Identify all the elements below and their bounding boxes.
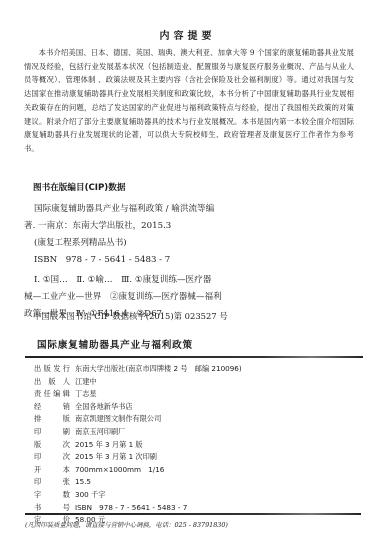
imprint-label-char: 印 [34,476,41,489]
cip-line: ISBN 978 - 7 - 5641 - 5483 - 7 [24,252,259,269]
imprint-table: 出版发行东南大学出版社(南京市四牌楼 2 号 邮编 210096)出版人江建中责… [34,363,242,527]
imprint-label-char: 编 [53,388,60,401]
imprint-label: 出版发行 [34,363,75,376]
imprint-value: 300 千字 [75,489,105,502]
imprint-value: 丁志星 [75,388,97,401]
imprint-label: 经销 [34,401,75,414]
imprint-label-char: 字 [34,489,41,502]
imprint-label-char: 本 [63,464,70,477]
divider-rule [25,356,363,358]
imprint-row: 排版南京凯建图文制作有限公司 [34,413,242,426]
imprint-value: 2015 年 3 月第 1 次印刷 [75,451,157,464]
imprint-label-char: 印 [34,426,41,439]
imprint-row: 版次2015 年 3 月第 1 版 [34,439,242,452]
imprint-label-char: 版 [48,376,55,389]
divider-rule [25,513,361,515]
imprint-label: 出版人 [34,376,75,389]
imprint-label: 版次 [34,439,75,452]
imprint-label-char: 数 [63,489,70,502]
imprint-label-char: 出 [34,363,41,376]
imprint-label: 字数 [34,489,75,502]
imprint-label-char: 印 [34,451,41,464]
imprint-label-char: 行 [63,363,70,376]
imprint-row: 出版人江建中 [34,376,242,389]
imprint-label-char: 次 [63,439,70,452]
imprint-label-char: 经 [34,401,41,414]
imprint-value: 东南大学出版社(南京市四牌楼 2 号 邮编 210096) [75,363,242,376]
imprint-row: 责任编辑丁志星 [34,388,242,401]
cip-line: (康复工程系列精品丛书) [24,235,259,252]
imprint-label: 印刷 [34,426,75,439]
cip-title: 图书在版编目(CIP)数据 [33,181,125,193]
imprint-value: 江建中 [75,376,97,389]
imprint-label-char: 版 [44,363,51,376]
imprint-label-char: 刷 [63,426,70,439]
imprint-row: 开本700mm×1000mm 1/16 [34,464,242,477]
imprint-label: 开本 [34,464,75,477]
imprint-label: 责任编辑 [34,388,75,401]
imprint-label-char: 责 [34,388,41,401]
imprint-value: 南京凯建图文制作有限公司 [75,413,161,426]
cip-line: Ⅰ. ①国… Ⅱ. ①喻… Ⅲ. ①康复训练—医疗器 [24,272,259,289]
footer-note: (凡因印装质量问题，请直接与营销中心调换，电话：025 - 83791830) [25,520,228,529]
imprint-label-char: 排 [34,413,41,426]
imprint-row: 出版发行东南大学出版社(南京市四牌楼 2 号 邮编 210096) [34,363,242,376]
imprint-label-char: 人 [63,376,70,389]
imprint-value: 15.5 [75,476,91,489]
book-title: 国际康复辅助器具产业与福利政策 [37,337,193,351]
imprint-label-char: 出 [34,376,41,389]
imprint-row: 印刷南京玉河印刷厂 [34,426,242,439]
cip-line: 械—工业产业—世界 ②康复训练—医疗器械—福利 [24,289,259,306]
imprint-label-char: 张 [63,476,70,489]
imprint-label-char: 销 [63,401,70,414]
imprint-row: 字数300 千字 [34,489,242,502]
imprint-value: 700mm×1000mm 1/16 [75,464,164,477]
cip-line: 国际康复辅助器具产业与福利政策 / 喻洪流等编 [24,201,259,218]
imprint-row: 印张15.5 [34,476,242,489]
imprint-label-char: 辑 [63,388,70,401]
imprint-label-char: 开 [34,464,41,477]
imprint-value: 全国各地新华书店 [75,401,133,414]
summary-title: 内容提要 [0,27,375,42]
imprint-label-char: 版 [63,413,70,426]
imprint-label-char: 发 [53,363,60,376]
imprint-value: 2015 年 3 月第 1 版 [75,439,143,452]
cip-line: 著. 一南京：东南大学出版社，2015.3 [24,218,259,235]
cip-record: 国际康复辅助器具产业与福利政策 / 喻洪流等编 著. 一南京：东南大学出版社，2… [24,201,259,323]
imprint-row: 印次2015 年 3 月第 1 次印刷 [34,451,242,464]
imprint-label: 印张 [34,476,75,489]
cip-library-number: 中国版本图书馆 CIP 数据核字(2015)第 023527 号 [33,310,228,322]
imprint-label: 印次 [34,451,75,464]
summary-body: 本书介绍美国、日本、德国、英国、瑞典、澳大利亚、加拿大等 9 个国家的康复辅助器… [24,46,354,156]
imprint-row: 经销全国各地新华书店 [34,401,242,414]
imprint-label-char: 版 [34,439,41,452]
imprint-label: 排版 [34,413,75,426]
imprint-value: 南京玉河印刷厂 [75,426,125,439]
imprint-label-char: 任 [44,388,51,401]
imprint-label-char: 次 [63,451,70,464]
